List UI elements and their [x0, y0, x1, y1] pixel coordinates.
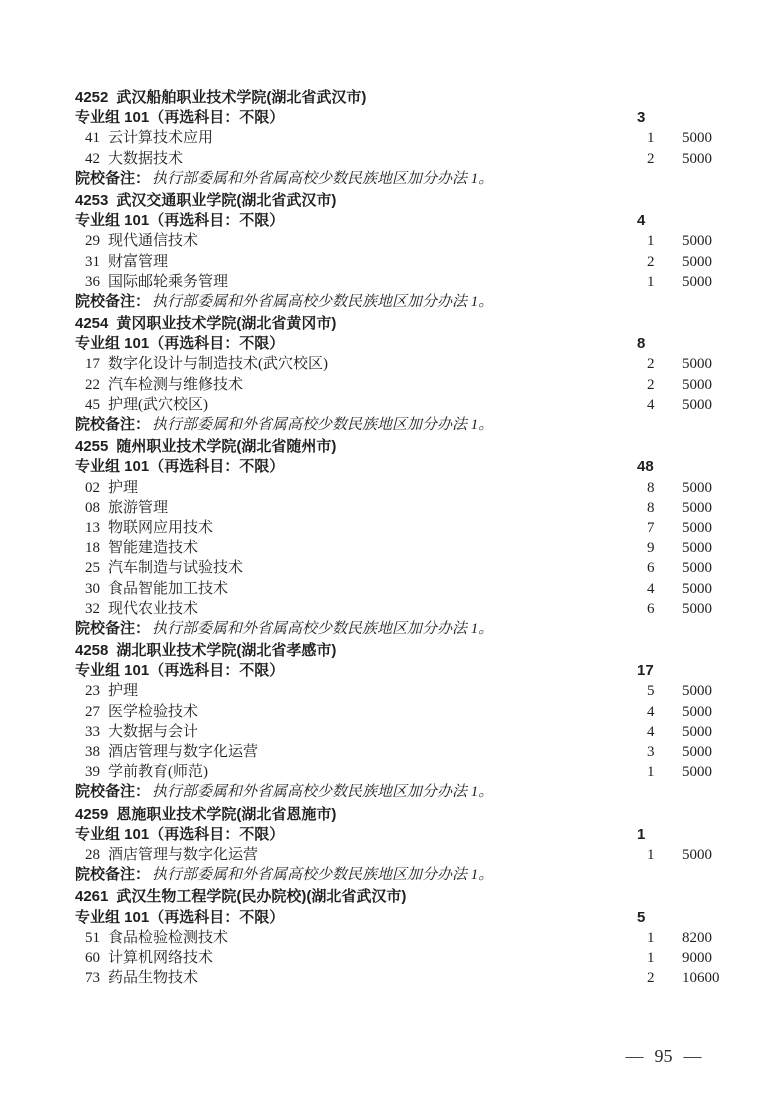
- school-section: 4259恩施职业技术学院(湖北省恩施市) 专业组 101（再选科目：不限） 1 …: [75, 805, 720, 886]
- major-name: 大数据与会计: [108, 724, 198, 740]
- major-name-cell: 41云计算技术应用: [75, 128, 647, 148]
- major-plan-count: 1: [647, 272, 682, 292]
- school-section: 4253武汉交通职业学院(湖北省武汉市) 专业组 101（再选科目：不限） 4 …: [75, 191, 720, 312]
- major-group-fee-blank: [672, 908, 720, 928]
- school-code: 4255: [75, 438, 108, 455]
- major-name: 酒店管理与数字化运营: [108, 847, 258, 863]
- page-number: 95: [655, 1046, 673, 1067]
- school-section: 4261武汉生物工程学院(民办院校)(湖北省武汉市) 专业组 101（再选科目：…: [75, 887, 720, 988]
- major-name-cell: 33大数据与会计: [75, 722, 647, 742]
- remark-text: 执行部委属和外省属高校少数民族地区加分办法 1。: [152, 294, 493, 310]
- remark-text: 执行部委属和外省属高校少数民族地区加分办法 1。: [152, 171, 493, 187]
- major-group-line: 专业组 101（再选科目：不限） 1: [75, 825, 720, 845]
- school-title-line: 4252武汉船舶职业技术学院(湖北省武汉市): [75, 88, 720, 108]
- remark-label: 院校备注：: [75, 783, 150, 800]
- major-group-label: 专业组 101（再选科目：不限）: [75, 908, 637, 928]
- major-plan-count: 4: [647, 722, 682, 742]
- school-name: 湖北职业技术学院(湖北省孝感市): [116, 642, 336, 659]
- remark-label: 院校备注：: [75, 293, 150, 310]
- major-fee: 10600: [682, 968, 720, 988]
- major-plan-count: 3: [647, 742, 682, 762]
- major-code: 39: [85, 764, 100, 780]
- major-fee: 5000: [682, 498, 720, 518]
- major-name-cell: 29现代通信技术: [75, 231, 647, 251]
- major-name-cell: 31财富管理: [75, 252, 647, 272]
- major-name: 智能建造技术: [108, 540, 198, 556]
- major-plan-count: 2: [647, 149, 682, 169]
- major-fee: 5000: [682, 762, 720, 782]
- remark-line: 院校备注：执行部委属和外省属高校少数民族地区加分办法 1。: [75, 865, 720, 885]
- major-fee: 5000: [682, 128, 720, 148]
- major-group-plan-count: 4: [637, 211, 672, 231]
- major-row: 36国际邮轮乘务管理 1 5000: [75, 272, 720, 292]
- major-name: 食品检验检测技术: [108, 930, 228, 946]
- major-name: 医学检验技术: [108, 704, 198, 720]
- major-plan-count: 2: [647, 252, 682, 272]
- major-row: 22汽车检测与维修技术 2 5000: [75, 375, 720, 395]
- document-page: 4252武汉船舶职业技术学院(湖北省武汉市) 专业组 101（再选科目：不限） …: [0, 0, 777, 1112]
- footer-dash-left: —: [626, 1046, 644, 1067]
- school-section: 4254黄冈职业技术学院(湖北省黄冈市) 专业组 101（再选科目：不限） 8 …: [75, 314, 720, 435]
- major-fee: 5000: [682, 518, 720, 538]
- major-group-line: 专业组 101（再选科目：不限） 48: [75, 457, 720, 477]
- major-row: 39学前教育(师范) 1 5000: [75, 762, 720, 782]
- major-plan-count: 5: [647, 681, 682, 701]
- majors-list: 28酒店管理与数字化运营 1 5000: [75, 845, 720, 865]
- school-title-line: 4255随州职业技术学院(湖北省随州市): [75, 437, 720, 457]
- major-fee: 5000: [682, 599, 720, 619]
- school-section: 4258湖北职业技术学院(湖北省孝感市) 专业组 101（再选科目：不限） 17…: [75, 641, 720, 803]
- major-code: 41: [85, 130, 100, 146]
- major-plan-count: 4: [647, 579, 682, 599]
- major-plan-count: 4: [647, 702, 682, 722]
- major-row: 31财富管理 2 5000: [75, 252, 720, 272]
- major-group-plan-count: 17: [637, 661, 672, 681]
- major-name-cell: 02护理: [75, 478, 647, 498]
- major-plan-count: 6: [647, 558, 682, 578]
- major-plan-count: 8: [647, 498, 682, 518]
- major-name: 汽车制造与试验技术: [108, 560, 243, 576]
- major-plan-count: 2: [647, 968, 682, 988]
- majors-list: 29现代通信技术 1 5000 31财富管理 2 5000 36国际邮轮乘务管理…: [75, 231, 720, 292]
- major-row: 41云计算技术应用 1 5000: [75, 128, 720, 148]
- major-fee: 5000: [682, 395, 720, 415]
- major-fee: 5000: [682, 538, 720, 558]
- major-code: 31: [85, 254, 100, 270]
- major-group-fee-blank: [672, 108, 720, 128]
- school-title-line: 4258湖北职业技术学院(湖北省孝感市): [75, 641, 720, 661]
- major-code: 22: [85, 377, 100, 393]
- major-code: 51: [85, 930, 100, 946]
- major-group-fee-blank: [672, 661, 720, 681]
- remark-text: 执行部委属和外省属高校少数民族地区加分办法 1。: [152, 621, 493, 637]
- major-code: 27: [85, 704, 100, 720]
- major-group-label: 专业组 101（再选科目：不限）: [75, 661, 637, 681]
- school-code: 4252: [75, 89, 108, 106]
- school-name: 武汉生物工程学院(民办院校)(湖北省武汉市): [116, 888, 406, 905]
- school-name: 黄冈职业技术学院(湖北省黄冈市): [116, 315, 336, 332]
- major-code: 36: [85, 274, 100, 290]
- major-name-cell: 17数字化设计与制造技术(武穴校区): [75, 354, 647, 374]
- majors-list: 02护理 8 5000 08旅游管理 8 5000 13物联网应用技术 7 50…: [75, 478, 720, 619]
- major-name: 大数据技术: [108, 151, 183, 167]
- major-row: 38酒店管理与数字化运营 3 5000: [75, 742, 720, 762]
- major-fee: 5000: [682, 681, 720, 701]
- major-name-cell: 27医学检验技术: [75, 702, 647, 722]
- school-name: 随州职业技术学院(湖北省随州市): [116, 438, 336, 455]
- major-code: 29: [85, 233, 100, 249]
- school-name: 恩施职业技术学院(湖北省恩施市): [116, 806, 336, 823]
- major-name-cell: 38酒店管理与数字化运营: [75, 742, 647, 762]
- major-name-cell: 30食品智能加工技术: [75, 579, 647, 599]
- major-plan-count: 2: [647, 375, 682, 395]
- major-name-cell: 13物联网应用技术: [75, 518, 647, 538]
- major-fee: 5000: [682, 702, 720, 722]
- major-name-cell: 22汽车检测与维修技术: [75, 375, 647, 395]
- major-row: 45护理(武穴校区) 4 5000: [75, 395, 720, 415]
- major-code: 08: [85, 500, 100, 516]
- major-plan-count: 7: [647, 518, 682, 538]
- remark-line: 院校备注：执行部委属和外省属高校少数民族地区加分办法 1。: [75, 619, 720, 639]
- major-fee: 5000: [682, 375, 720, 395]
- major-fee: 5000: [682, 742, 720, 762]
- major-fee: 8200: [682, 928, 720, 948]
- major-row: 02护理 8 5000: [75, 478, 720, 498]
- major-plan-count: 1: [647, 845, 682, 865]
- major-name: 药品生物技术: [108, 970, 198, 986]
- major-plan-count: 1: [647, 231, 682, 251]
- major-fee: 5000: [682, 579, 720, 599]
- major-code: 73: [85, 970, 100, 986]
- major-row: 27医学检验技术 4 5000: [75, 702, 720, 722]
- major-group-label: 专业组 101（再选科目：不限）: [75, 334, 637, 354]
- major-name: 财富管理: [108, 254, 168, 270]
- major-name-cell: 36国际邮轮乘务管理: [75, 272, 647, 292]
- remark-line: 院校备注：执行部委属和外省属高校少数民族地区加分办法 1。: [75, 169, 720, 189]
- major-plan-count: 4: [647, 395, 682, 415]
- major-code: 25: [85, 560, 100, 576]
- major-fee: 5000: [682, 354, 720, 374]
- major-group-fee-blank: [672, 457, 720, 477]
- major-name-cell: 08旅游管理: [75, 498, 647, 518]
- major-code: 33: [85, 724, 100, 740]
- major-name: 护理: [108, 683, 138, 699]
- major-row: 25汽车制造与试验技术 6 5000: [75, 558, 720, 578]
- major-plan-count: 1: [647, 948, 682, 968]
- remark-label: 院校备注：: [75, 416, 150, 433]
- major-plan-count: 1: [647, 928, 682, 948]
- major-row: 28酒店管理与数字化运营 1 5000: [75, 845, 720, 865]
- major-name: 护理(武穴校区): [108, 397, 208, 413]
- major-group-plan-count: 48: [637, 457, 672, 477]
- major-name-cell: 28酒店管理与数字化运营: [75, 845, 647, 865]
- remark-label: 院校备注：: [75, 170, 150, 187]
- major-code: 02: [85, 480, 100, 496]
- school-code: 4253: [75, 192, 108, 209]
- major-fee: 5000: [682, 272, 720, 292]
- major-group-label: 专业组 101（再选科目：不限）: [75, 108, 637, 128]
- major-group-plan-count: 5: [637, 908, 672, 928]
- major-code: 30: [85, 581, 100, 597]
- footer-dash-right: —: [684, 1046, 702, 1067]
- school-name: 武汉交通职业学院(湖北省武汉市): [116, 192, 336, 209]
- major-name-cell: 18智能建造技术: [75, 538, 647, 558]
- major-group-label: 专业组 101（再选科目：不限）: [75, 211, 637, 231]
- major-code: 32: [85, 601, 100, 617]
- school-title-line: 4261武汉生物工程学院(民办院校)(湖北省武汉市): [75, 887, 720, 907]
- school-title-line: 4259恩施职业技术学院(湖北省恩施市): [75, 805, 720, 825]
- school-title-line: 4254黄冈职业技术学院(湖北省黄冈市): [75, 314, 720, 334]
- major-group-fee-blank: [672, 334, 720, 354]
- major-fee: 5000: [682, 558, 720, 578]
- majors-list: 17数字化设计与制造技术(武穴校区) 2 5000 22汽车检测与维修技术 2 …: [75, 354, 720, 415]
- major-code: 28: [85, 847, 100, 863]
- major-name: 旅游管理: [108, 500, 168, 516]
- major-group-fee-blank: [672, 211, 720, 231]
- major-group-plan-count: 1: [637, 825, 672, 845]
- major-plan-count: 9: [647, 538, 682, 558]
- major-group-line: 专业组 101（再选科目：不限） 17: [75, 661, 720, 681]
- major-row: 33大数据与会计 4 5000: [75, 722, 720, 742]
- major-name-cell: 39学前教育(师范): [75, 762, 647, 782]
- major-group-plan-count: 3: [637, 108, 672, 128]
- major-group-label: 专业组 101（再选科目：不限）: [75, 457, 637, 477]
- major-plan-count: 8: [647, 478, 682, 498]
- remark-label: 院校备注：: [75, 866, 150, 883]
- major-name: 国际邮轮乘务管理: [108, 274, 228, 290]
- major-fee: 5000: [682, 845, 720, 865]
- major-row: 30食品智能加工技术 4 5000: [75, 579, 720, 599]
- major-code: 13: [85, 520, 100, 536]
- major-code: 45: [85, 397, 100, 413]
- major-name: 计算机网络技术: [108, 950, 213, 966]
- remark-text: 执行部委属和外省属高校少数民族地区加分办法 1。: [152, 784, 493, 800]
- major-row: 29现代通信技术 1 5000: [75, 231, 720, 251]
- school-name: 武汉船舶职业技术学院(湖北省武汉市): [116, 89, 366, 106]
- major-name: 学前教育(师范): [108, 764, 208, 780]
- major-fee: 5000: [682, 478, 720, 498]
- major-plan-count: 6: [647, 599, 682, 619]
- major-name: 数字化设计与制造技术(武穴校区): [108, 356, 328, 372]
- major-row: 18智能建造技术 9 5000: [75, 538, 720, 558]
- majors-list: 23护理 5 5000 27医学检验技术 4 5000 33大数据与会计 4 5…: [75, 681, 720, 782]
- major-code: 17: [85, 356, 100, 372]
- sections-list: 4252武汉船舶职业技术学院(湖北省武汉市) 专业组 101（再选科目：不限） …: [75, 88, 720, 990]
- major-name: 食品智能加工技术: [108, 581, 228, 597]
- school-code: 4254: [75, 315, 108, 332]
- major-plan-count: 2: [647, 354, 682, 374]
- major-name: 酒店管理与数字化运营: [108, 744, 258, 760]
- major-name-cell: 51食品检验检测技术: [75, 928, 647, 948]
- major-code: 60: [85, 950, 100, 966]
- remark-text: 执行部委属和外省属高校少数民族地区加分办法 1。: [152, 417, 493, 433]
- school-code: 4261: [75, 888, 108, 905]
- major-fee: 5000: [682, 231, 720, 251]
- remark-label: 院校备注：: [75, 620, 150, 637]
- major-code: 18: [85, 540, 100, 556]
- major-code: 42: [85, 151, 100, 167]
- major-group-label: 专业组 101（再选科目：不限）: [75, 825, 637, 845]
- major-name: 现代农业技术: [108, 601, 198, 617]
- major-code: 23: [85, 683, 100, 699]
- remark-text: 执行部委属和外省属高校少数民族地区加分办法 1。: [152, 867, 493, 883]
- major-row: 13物联网应用技术 7 5000: [75, 518, 720, 538]
- major-row: 51食品检验检测技术 1 8200: [75, 928, 720, 948]
- major-group-line: 专业组 101（再选科目：不限） 4: [75, 211, 720, 231]
- remark-line: 院校备注：执行部委属和外省属高校少数民族地区加分办法 1。: [75, 292, 720, 312]
- major-row: 23护理 5 5000: [75, 681, 720, 701]
- major-group-fee-blank: [672, 825, 720, 845]
- major-row: 60计算机网络技术 1 9000: [75, 948, 720, 968]
- major-row: 73药品生物技术 2 10600: [75, 968, 720, 988]
- major-name: 汽车检测与维修技术: [108, 377, 243, 393]
- major-name: 物联网应用技术: [108, 520, 213, 536]
- major-name-cell: 32现代农业技术: [75, 599, 647, 619]
- remark-line: 院校备注：执行部委属和外省属高校少数民族地区加分办法 1。: [75, 415, 720, 435]
- major-plan-count: 1: [647, 128, 682, 148]
- major-name-cell: 73药品生物技术: [75, 968, 647, 988]
- major-group-plan-count: 8: [637, 334, 672, 354]
- major-group-line: 专业组 101（再选科目：不限） 5: [75, 908, 720, 928]
- page-footer: — 95 —: [600, 1045, 727, 1067]
- school-section: 4255随州职业技术学院(湖北省随州市) 专业组 101（再选科目：不限） 48…: [75, 437, 720, 639]
- majors-list: 41云计算技术应用 1 5000 42大数据技术 2 5000: [75, 128, 720, 168]
- school-code: 4259: [75, 806, 108, 823]
- major-row: 08旅游管理 8 5000: [75, 498, 720, 518]
- school-section: 4252武汉船舶职业技术学院(湖北省武汉市) 专业组 101（再选科目：不限） …: [75, 88, 720, 189]
- major-row: 42大数据技术 2 5000: [75, 149, 720, 169]
- major-fee: 5000: [682, 722, 720, 742]
- major-name: 云计算技术应用: [108, 130, 213, 146]
- major-group-line: 专业组 101（再选科目：不限） 3: [75, 108, 720, 128]
- major-row: 17数字化设计与制造技术(武穴校区) 2 5000: [75, 354, 720, 374]
- major-name-cell: 23护理: [75, 681, 647, 701]
- major-name-cell: 45护理(武穴校区): [75, 395, 647, 415]
- major-group-line: 专业组 101（再选科目：不限） 8: [75, 334, 720, 354]
- major-fee: 5000: [682, 149, 720, 169]
- major-name-cell: 25汽车制造与试验技术: [75, 558, 647, 578]
- majors-list: 51食品检验检测技术 1 8200 60计算机网络技术 1 9000 73药品生…: [75, 928, 720, 989]
- major-row: 32现代农业技术 6 5000: [75, 599, 720, 619]
- remark-line: 院校备注：执行部委属和外省属高校少数民族地区加分办法 1。: [75, 782, 720, 802]
- major-code: 38: [85, 744, 100, 760]
- school-title-line: 4253武汉交通职业学院(湖北省武汉市): [75, 191, 720, 211]
- major-fee: 9000: [682, 948, 720, 968]
- major-plan-count: 1: [647, 762, 682, 782]
- major-name-cell: 60计算机网络技术: [75, 948, 647, 968]
- major-fee: 5000: [682, 252, 720, 272]
- school-code: 4258: [75, 642, 108, 659]
- major-name-cell: 42大数据技术: [75, 149, 647, 169]
- major-name: 现代通信技术: [108, 233, 198, 249]
- major-name: 护理: [108, 480, 138, 496]
